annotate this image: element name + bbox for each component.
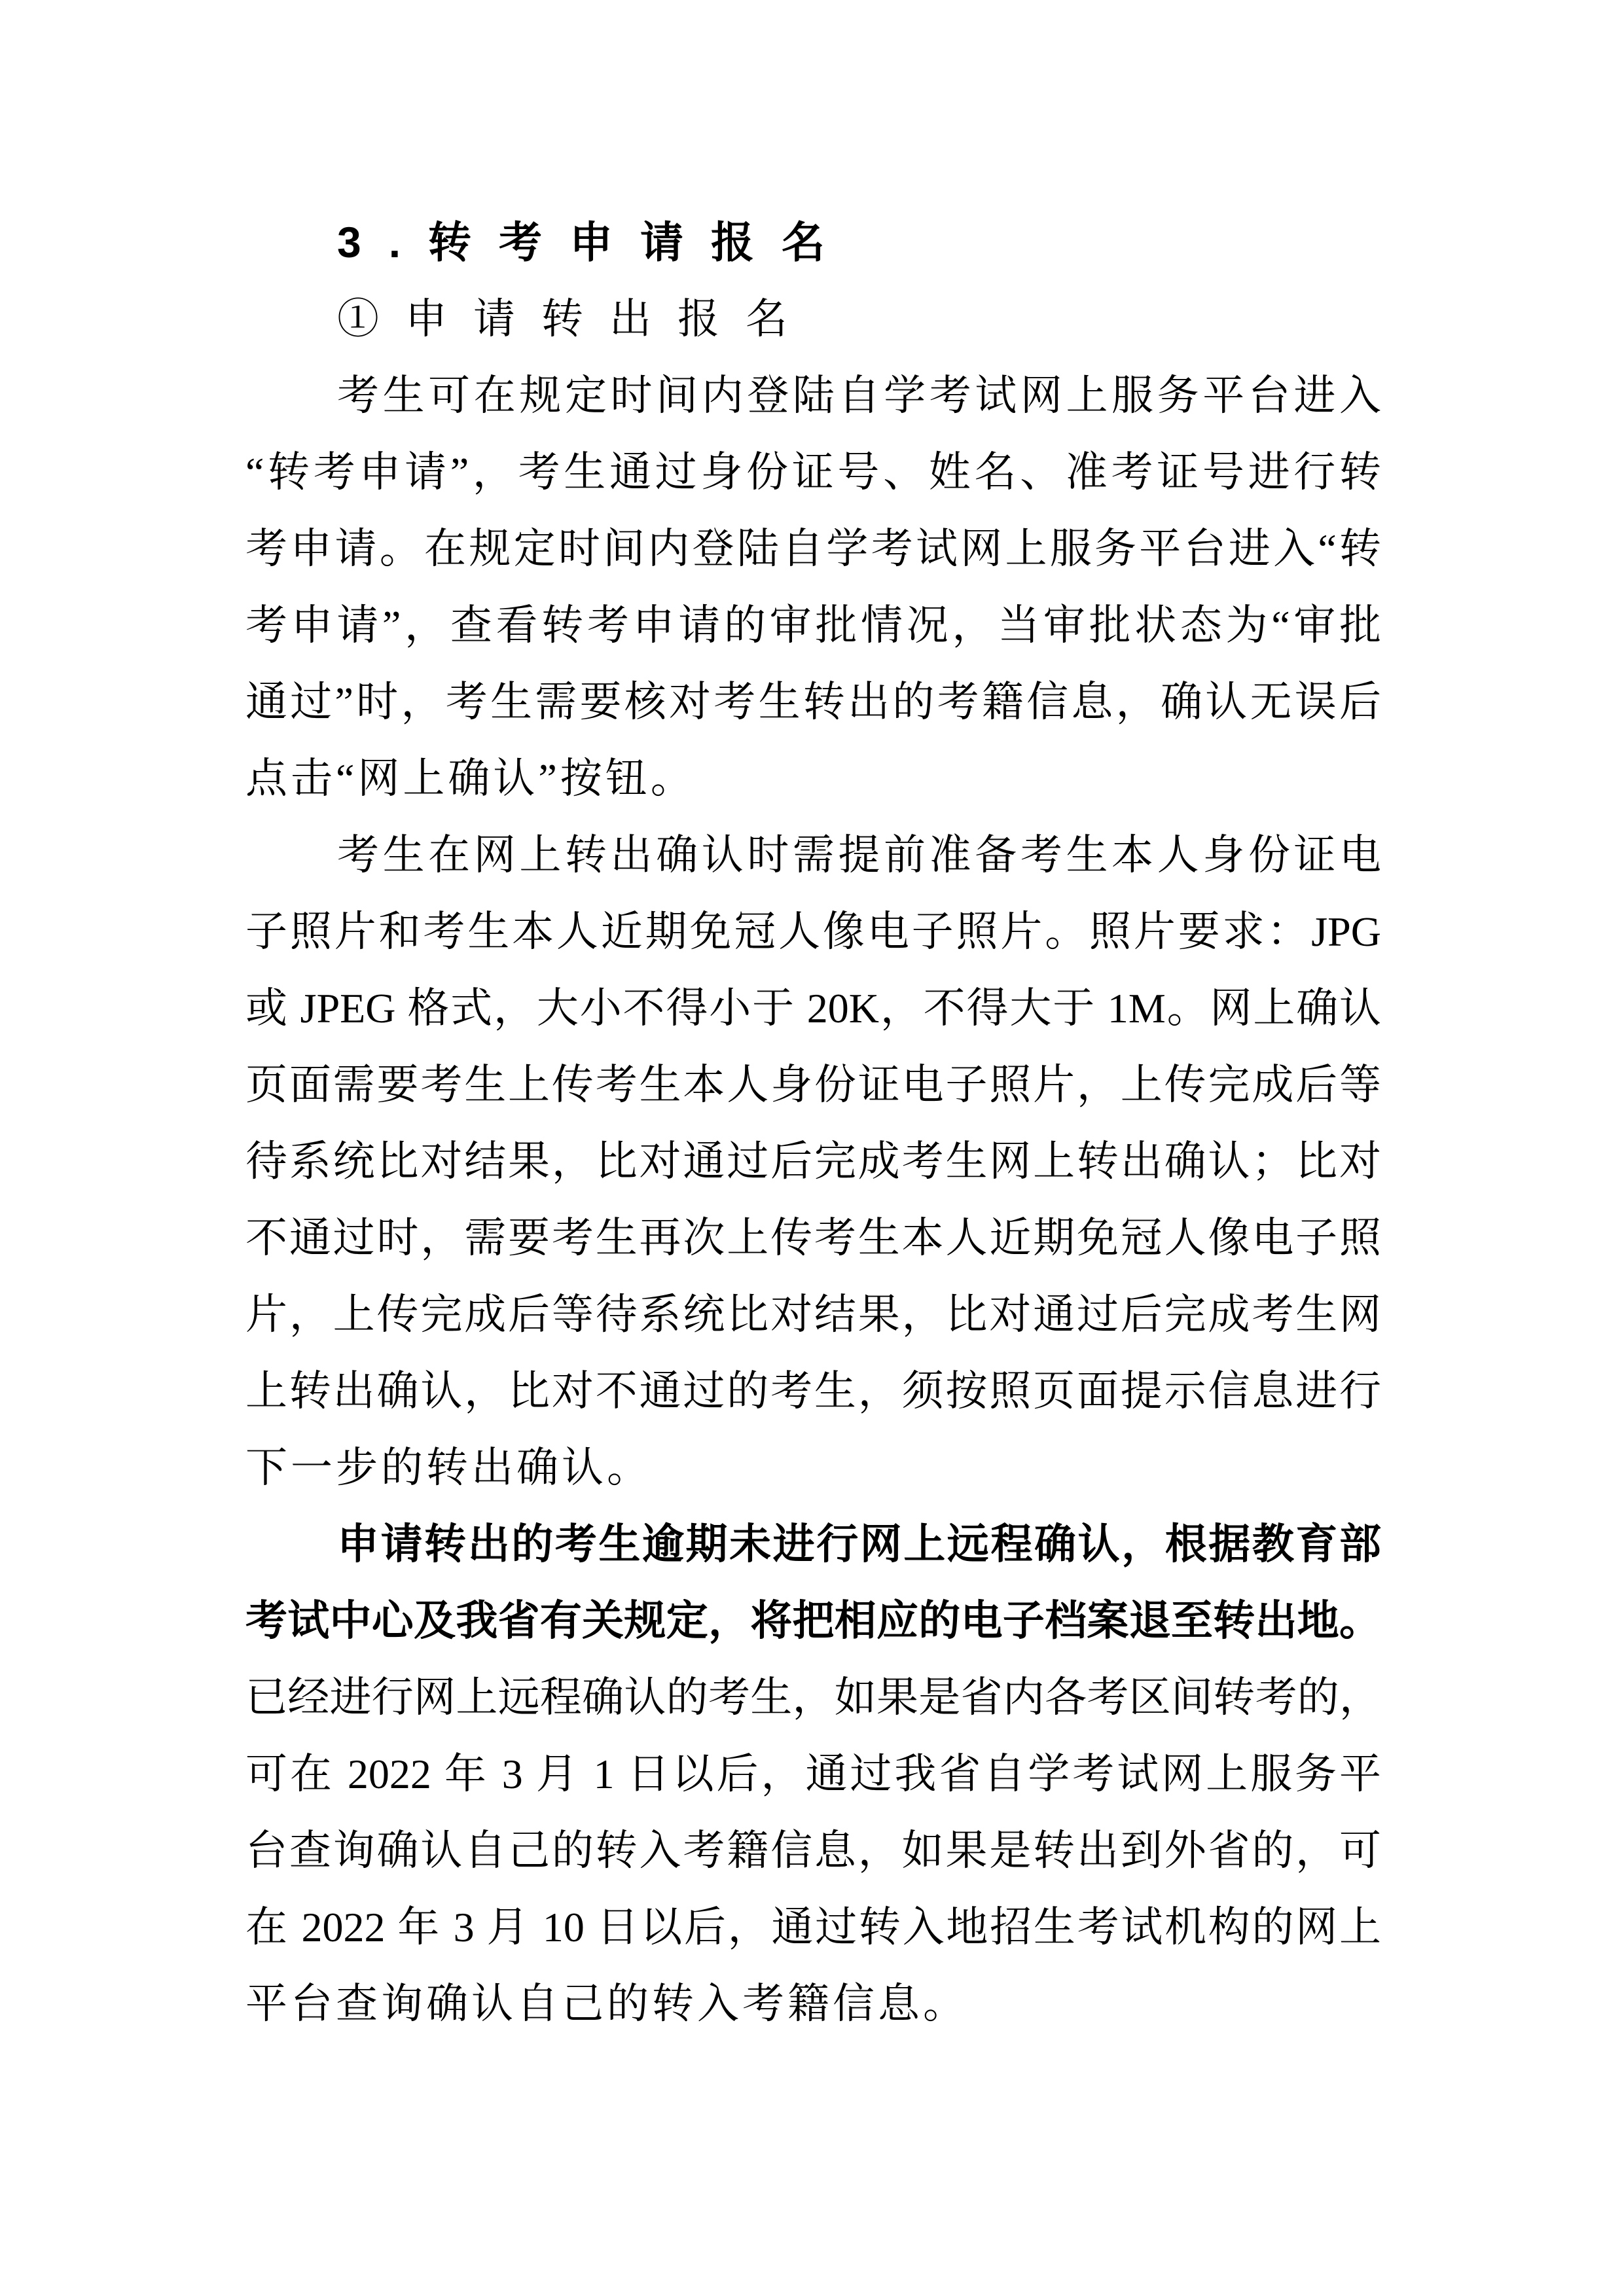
paragraph-1-line: 点击“网上确认”按钮。 (245, 740, 1381, 817)
paragraph-2-line: 页面需要考生上传考生本人身份证电子照片，上传完成后等 (245, 1047, 1381, 1123)
paragraph-2-line: 待系统比对结果，比对通过后完成考生网上转出确认；比对 (245, 1123, 1381, 1200)
paragraph-2-line: 或 JPEG 格式，大小不得小于 20K，不得大于 1M。网上确认 (245, 970, 1381, 1047)
paragraph-1-line: 考申请。在规定时间内登陆自学考试网上服务平台进入“转 (245, 511, 1381, 587)
paragraph-1-line: 通过”时，考生需要核对考生转出的考籍信息，确认无误后 (245, 664, 1381, 740)
section-heading: 3.转考申请报名 (245, 204, 1381, 281)
paragraph-3-line: 平台查询确认自己的转入考籍信息。 (245, 1965, 1381, 2042)
sub-heading: ①申请转出报名 (245, 281, 1381, 357)
paragraph-1-line: 考申请”，查看转考申请的审批情况，当审批状态为“审批 (245, 587, 1381, 664)
paragraph-1-line: 考生可在规定时间内登陆自学考试网上服务平台进入 (245, 357, 1381, 434)
paragraph-2-line: 下一步的转出确认。 (245, 1429, 1381, 1506)
paragraph-2-line: 片，上传完成后等待系统比对结果，比对通过后完成考生网 (245, 1276, 1381, 1353)
paragraph-1-line: “转考申请”，考生通过身份证号、姓名、准考证号进行转 (245, 434, 1381, 511)
paragraph-3-line-bold: 申请转出的考生逾期未进行网上远程确认，根据教育部 (245, 1506, 1381, 1583)
paragraph-3-line: 台查询确认自己的转入考籍信息，如果是转出到外省的，可 (245, 1812, 1381, 1889)
paragraph-2-line: 不通过时，需要考生再次上传考生本人近期免冠人像电子照 (245, 1200, 1381, 1276)
paragraph-3-line-bold: 考试中心及我省有关规定，将把相应的电子档案退至转出地。 (245, 1583, 1381, 1659)
paragraph-3-line: 在 2022 年 3 月 10 日以后，通过转入地招生考试机构的网上 (245, 1889, 1381, 1965)
paragraph-2-line: 上转出确认，比对不通过的考生，须按照页面提示信息进行 (245, 1353, 1381, 1429)
document-body: 3.转考申请报名 ①申请转出报名 考生可在规定时间内登陆自学考试网上服务平台进入… (245, 204, 1381, 2042)
paragraph-3-line: 已经进行网上远程确认的考生，如果是省内各考区间转考的， (245, 1659, 1381, 1736)
paragraph-2-line: 考生在网上转出确认时需提前准备考生本人身份证电 (245, 817, 1381, 893)
document-page: 3.转考申请报名 ①申请转出报名 考生可在规定时间内登陆自学考试网上服务平台进入… (0, 0, 1624, 2296)
paragraph-2-line: 子照片和考生本人近期免冠人像电子照片。照片要求：JPG (245, 893, 1381, 970)
paragraph-3-line: 可在 2022 年 3 月 1 日以后，通过我省自学考试网上服务平 (245, 1736, 1381, 1812)
